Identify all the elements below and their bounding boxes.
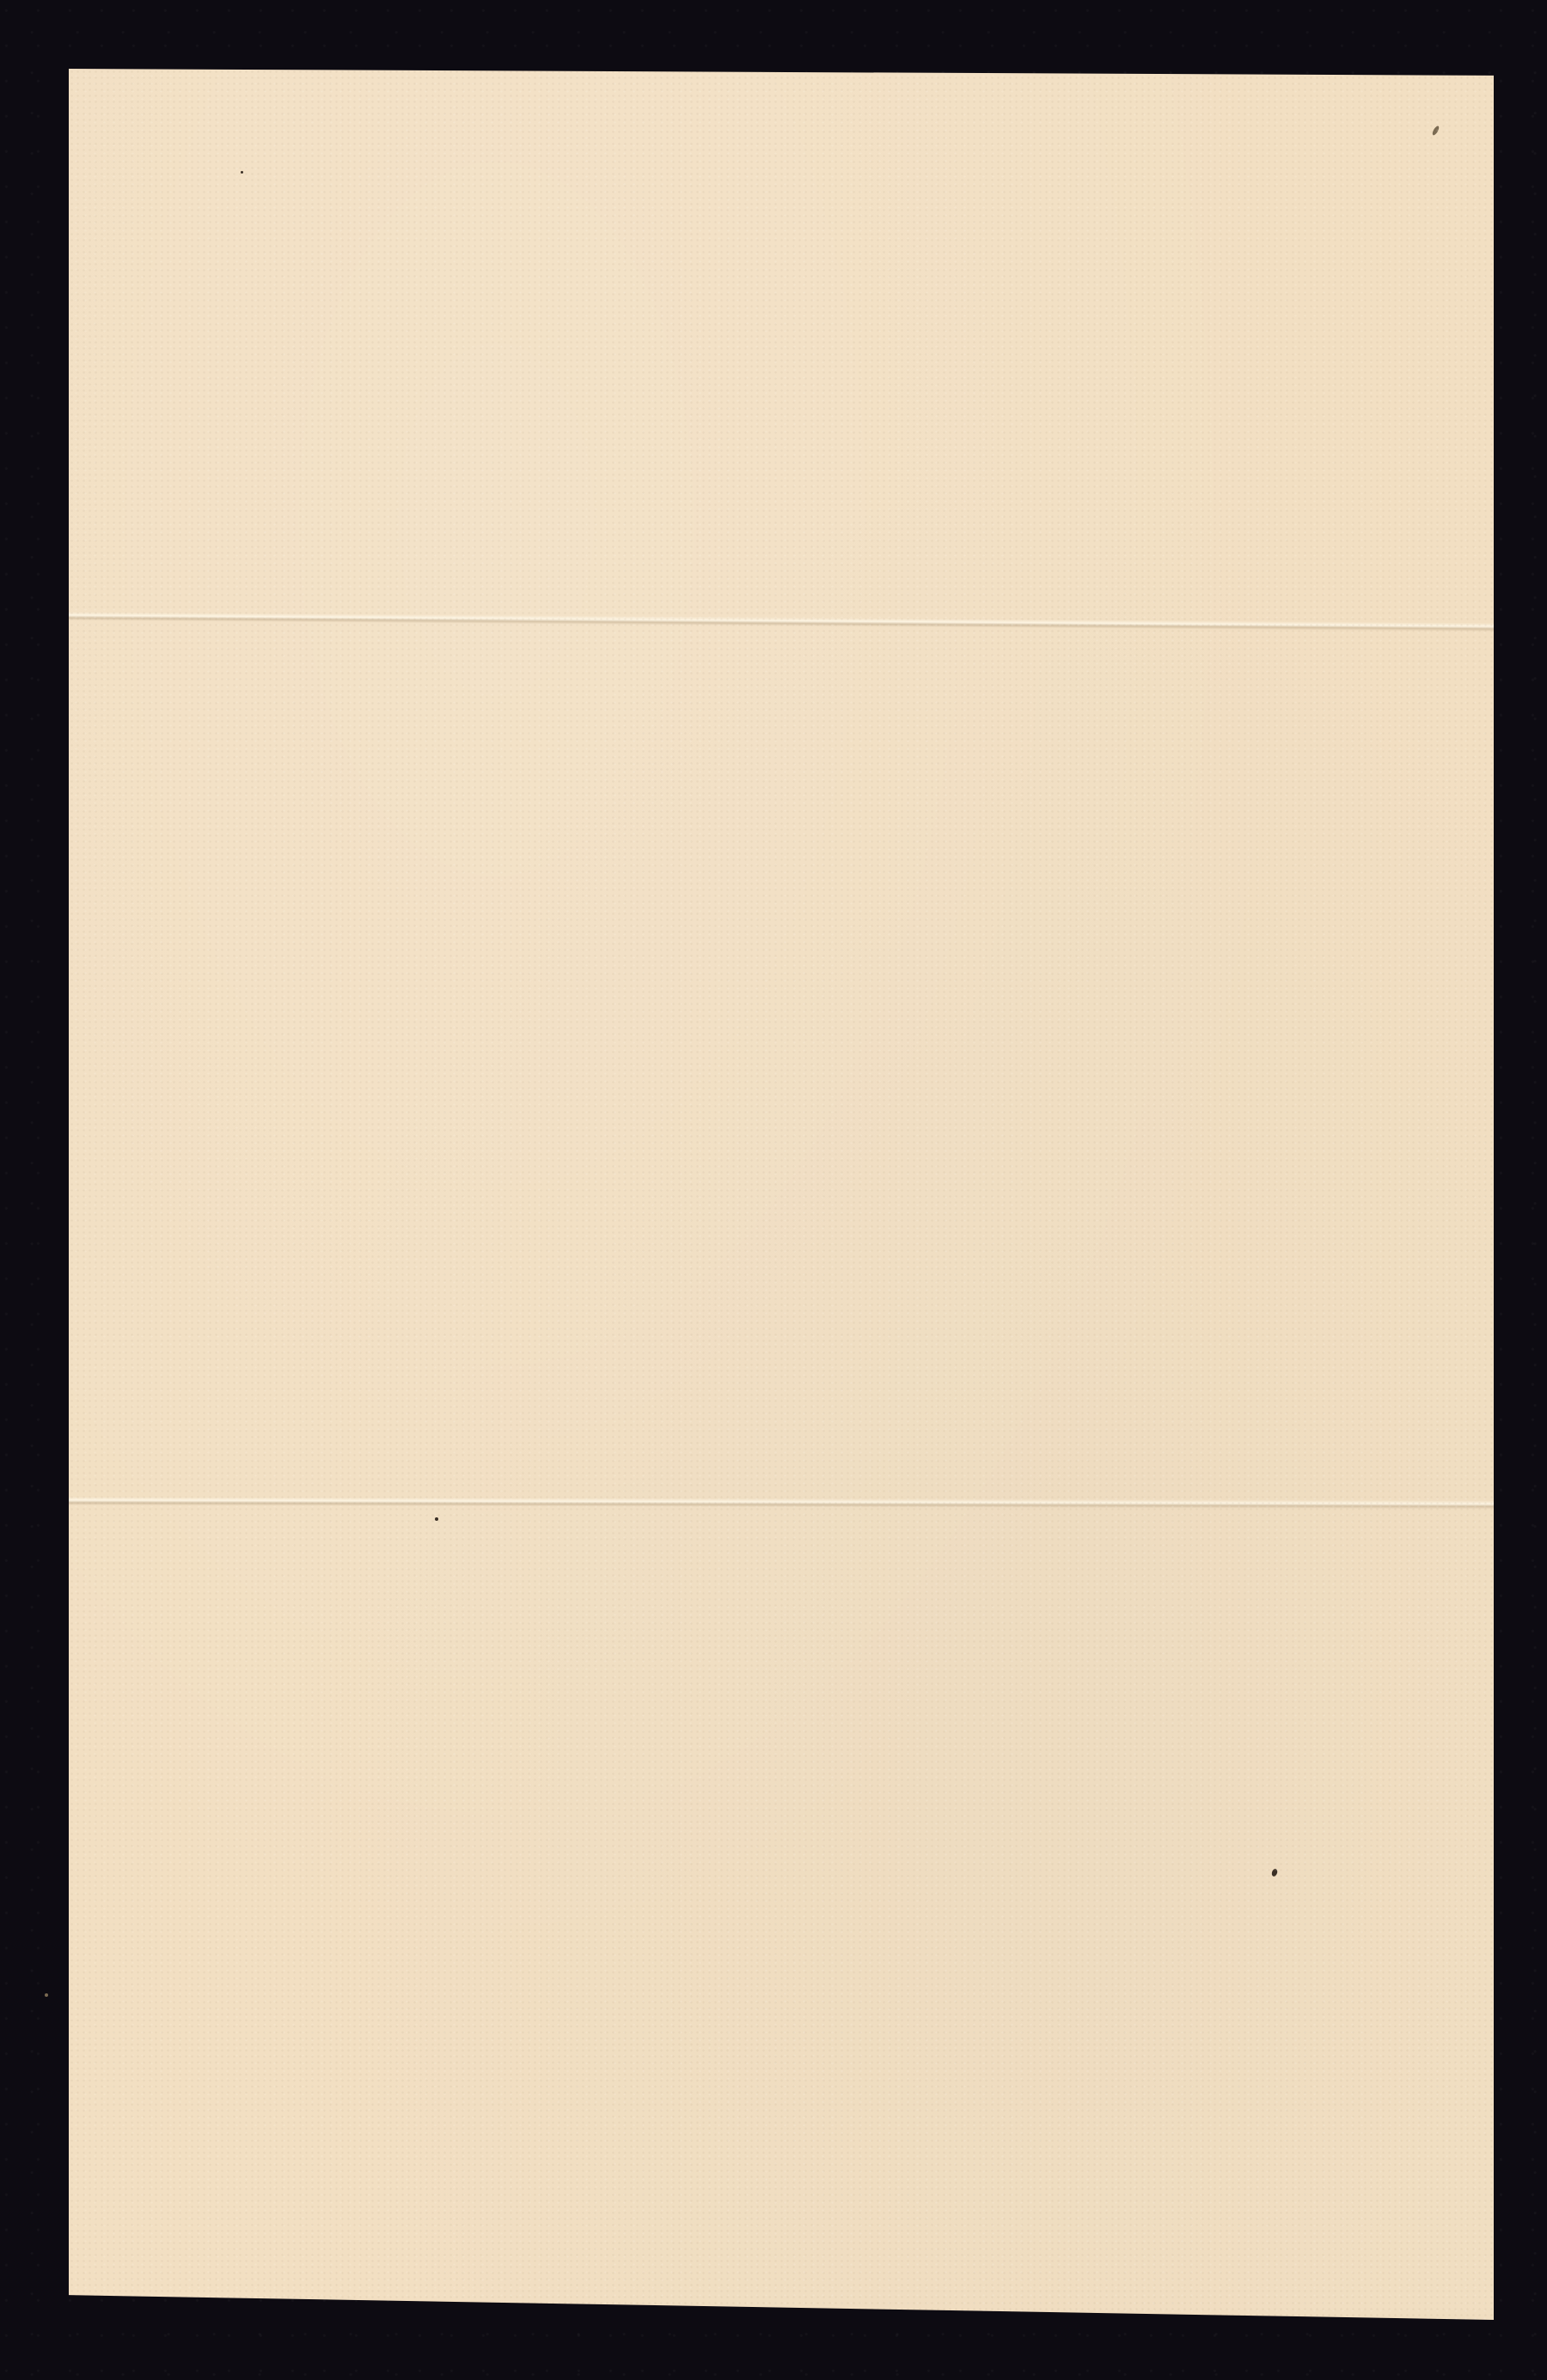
ink-speck <box>45 1993 48 1997</box>
ink-speck <box>1271 1868 1279 1877</box>
fold-crease-lower <box>69 1497 1494 1509</box>
ink-speck <box>435 1517 438 1521</box>
document-text <box>69 69 70 70</box>
fold-crease-upper <box>69 612 1494 632</box>
paper-sheet <box>69 69 1494 2320</box>
ink-speck <box>1431 125 1440 137</box>
ink-speck <box>241 171 243 174</box>
